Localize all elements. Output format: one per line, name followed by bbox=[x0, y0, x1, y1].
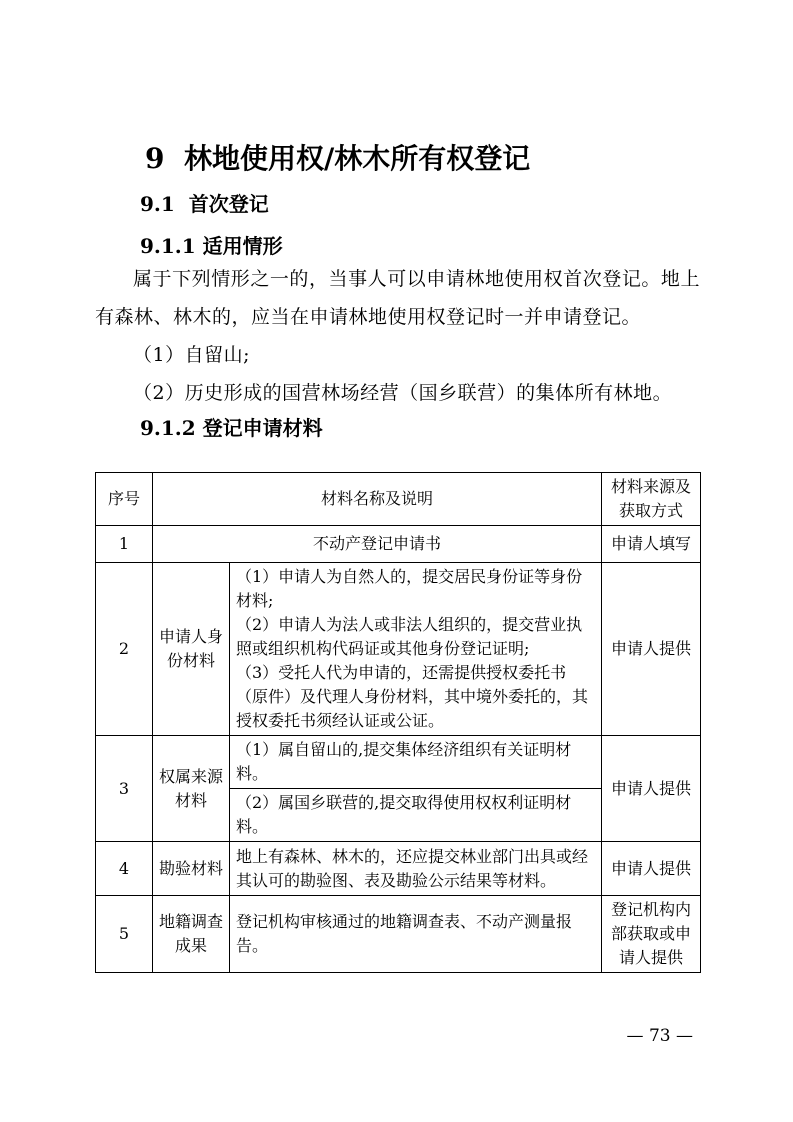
table-row: 4 勘验材料 地上有森林、林木的，还应提交林业部门出具或经其认可的勘验图、表及勘… bbox=[96, 842, 701, 896]
cell-row3-no: 3 bbox=[96, 736, 153, 842]
cell-row5-source: 登记机构内部获取或申请人提供 bbox=[602, 896, 701, 973]
table-header-name-desc: 材料名称及说明 bbox=[153, 473, 602, 526]
cell-row1-no: 1 bbox=[96, 526, 153, 563]
cell-row3-source: 申请人提供 bbox=[602, 736, 701, 842]
table-header-source: 材料来源及获取方式 bbox=[602, 473, 701, 526]
list-item-2: （2）历史形成的国营林场经营（国乡联营）的集体所有林地。 bbox=[95, 374, 700, 412]
list-item-1: （1）自留山; bbox=[95, 336, 700, 374]
document-content: 9 林地使用权/林木所有权登记 9.1 首次登记 9.1.1 适用情形 属于下列… bbox=[0, 143, 793, 973]
cell-row3-name: 权属来源材料 bbox=[153, 736, 230, 842]
cell-row4-no: 4 bbox=[96, 842, 153, 896]
page-number: — 73 — bbox=[627, 1026, 693, 1046]
intro-paragraph: 属于下列情形之一的，当事人可以申请林地使用权首次登记。地上有森林、林木的，应当在… bbox=[95, 260, 700, 336]
materials-table: 序号 材料名称及说明 材料来源及获取方式 1 不动产登记申请书 申请人填写 2 … bbox=[95, 472, 701, 973]
document-page: 9 林地使用权/林木所有权登记 9.1 首次登记 9.1.1 适用情形 属于下列… bbox=[0, 0, 793, 1122]
table-row: 3 权属来源材料 （1）属自留山的,提交集体经济组织有关证明材料。 申请人提供 bbox=[96, 736, 701, 789]
cell-row5-name: 地籍调查成果 bbox=[153, 896, 230, 973]
cell-row5-no: 5 bbox=[96, 896, 153, 973]
cell-row2-no: 2 bbox=[96, 563, 153, 736]
cell-row5-desc: 登记机构审核通过的地籍调查表、不动产测量报告。 bbox=[230, 896, 602, 973]
table-row: 1 不动产登记申请书 申请人填写 bbox=[96, 526, 701, 563]
chapter-title: 9 林地使用权/林木所有权登记 bbox=[145, 143, 700, 175]
table-header-no: 序号 bbox=[96, 473, 153, 526]
section-heading-9-1: 9.1 首次登记 bbox=[140, 190, 700, 218]
cell-row4-source: 申请人提供 bbox=[602, 842, 701, 896]
table-row: 2 申请人身份材料 （1）申请人为自然人的，提交居民身份证等身份材料; （2）申… bbox=[96, 563, 701, 736]
cell-row1-source: 申请人填写 bbox=[602, 526, 701, 563]
table-row: 5 地籍调查成果 登记机构审核通过的地籍调查表、不动产测量报告。 登记机构内部获… bbox=[96, 896, 701, 973]
cell-row2-source: 申请人提供 bbox=[602, 563, 701, 736]
cell-row2-name: 申请人身份材料 bbox=[153, 563, 230, 736]
section-heading-9-1-1: 9.1.1 适用情形 bbox=[140, 232, 700, 260]
cell-row3-desc-1: （1）属自留山的,提交集体经济组织有关证明材料。 bbox=[230, 736, 602, 789]
cell-row4-desc: 地上有森林、林木的，还应提交林业部门出具或经其认可的勘验图、表及勘验公示结果等材… bbox=[230, 842, 602, 896]
section-heading-9-1-2: 9.1.2 登记申请材料 bbox=[140, 414, 700, 442]
cell-row3-desc-2: （2）属国乡联营的,提交取得使用权权利证明材料。 bbox=[230, 789, 602, 842]
cell-row2-desc: （1）申请人为自然人的，提交居民身份证等身份材料; （2）申请人为法人或非法人组… bbox=[230, 563, 602, 736]
cell-row4-name: 勘验材料 bbox=[153, 842, 230, 896]
cell-row1-name: 不动产登记申请书 bbox=[153, 526, 602, 563]
table-header-row: 序号 材料名称及说明 材料来源及获取方式 bbox=[96, 473, 701, 526]
